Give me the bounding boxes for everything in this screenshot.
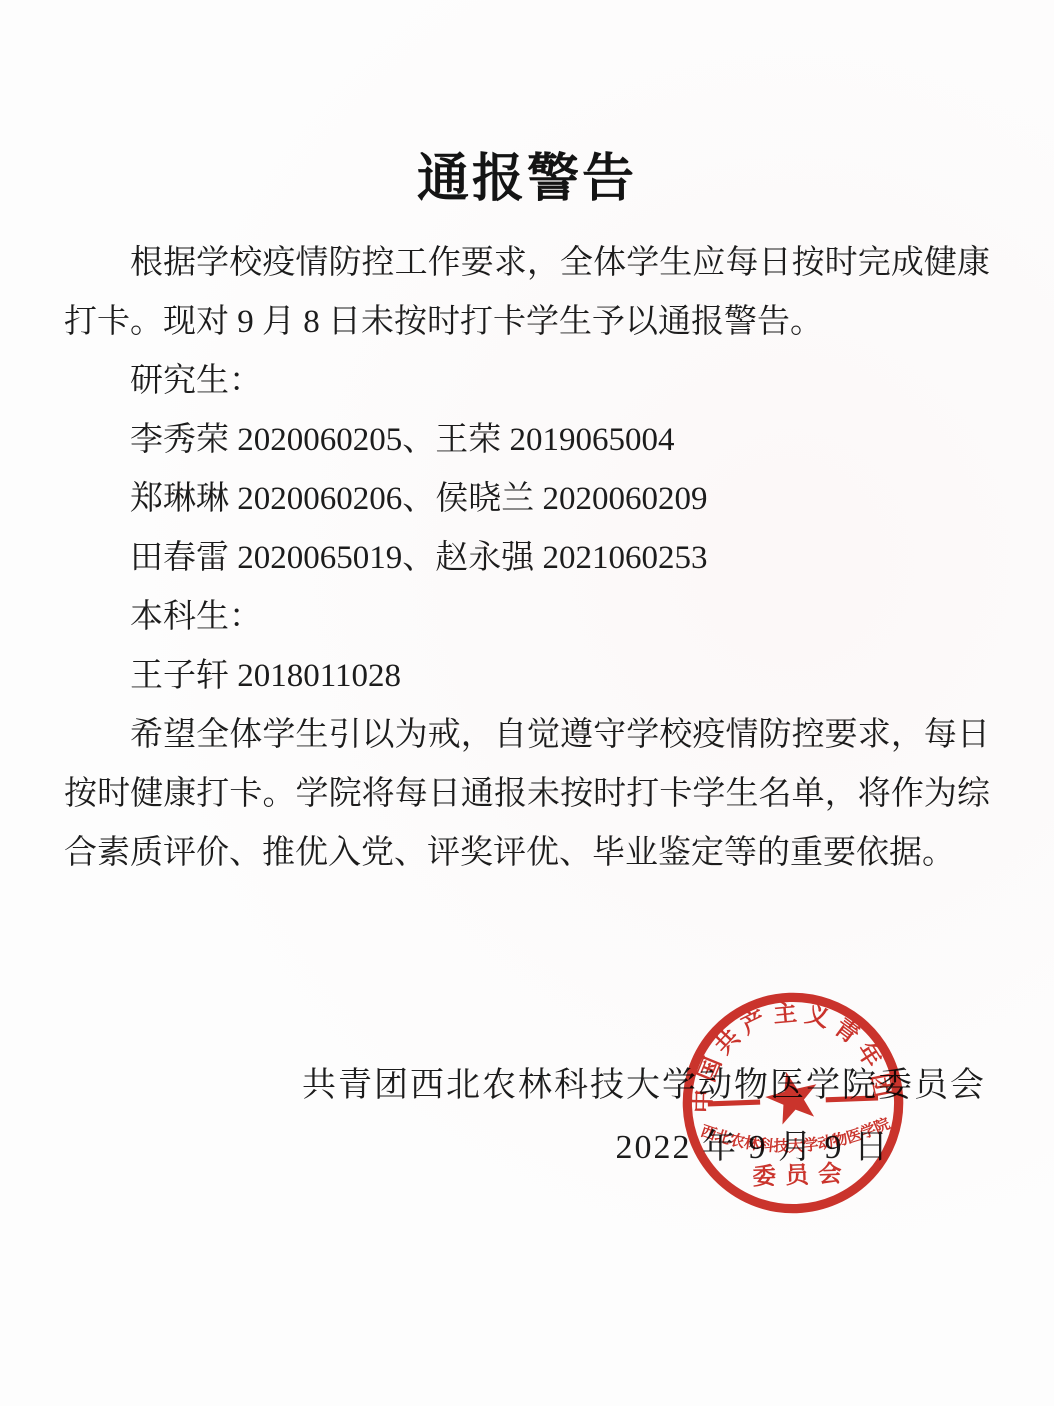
scanned-notice-page: 通报警告 根据学校疫情防控工作要求，全体学生应每日按时完成健康打卡。现对 9 月… xyxy=(0,0,1054,1406)
star-icon xyxy=(761,1066,824,1127)
student-line: 王子轩 2018011028 xyxy=(64,647,990,706)
official-seal: 中国共产主义青年团 西北农林科技大学动物医学院 委员会 xyxy=(670,980,916,1226)
seal-left-bar xyxy=(708,1102,760,1104)
seal-institution-text: 西北农林科技大学动物医学院 xyxy=(698,1113,894,1159)
notice-body: 根据学校疫情防控工作要求，全体学生应每日按时完成健康打卡。现对 9 月 8 日未… xyxy=(64,234,990,883)
student-line: 田春雷 2020065019、赵永强 2021060253 xyxy=(64,529,990,588)
intro-paragraph: 根据学校疫情防控工作要求，全体学生应每日按时完成健康打卡。现对 9 月 8 日未… xyxy=(64,234,990,352)
section-label-undergraduate: 本科生： xyxy=(64,588,990,647)
seal-committee-text: 委员会 xyxy=(752,1159,851,1190)
seal-right-bar xyxy=(826,1098,878,1100)
notice-title: 通报警告 xyxy=(0,136,1054,211)
section-label-graduate: 研究生： xyxy=(64,352,990,411)
student-line: 李秀荣 2020060205、王荣 2019065004 xyxy=(64,411,990,470)
student-line: 郑琳琳 2020060206、侯晓兰 2020060209 xyxy=(64,470,990,529)
closing-paragraph: 希望全体学生引以为戒，自觉遵守学校疫情防控要求，每日按时健康打卡。学院将每日通报… xyxy=(64,706,990,883)
svg-text:西北农林科技大学动物医学院: 西北农林科技大学动物医学院 xyxy=(698,1113,894,1159)
